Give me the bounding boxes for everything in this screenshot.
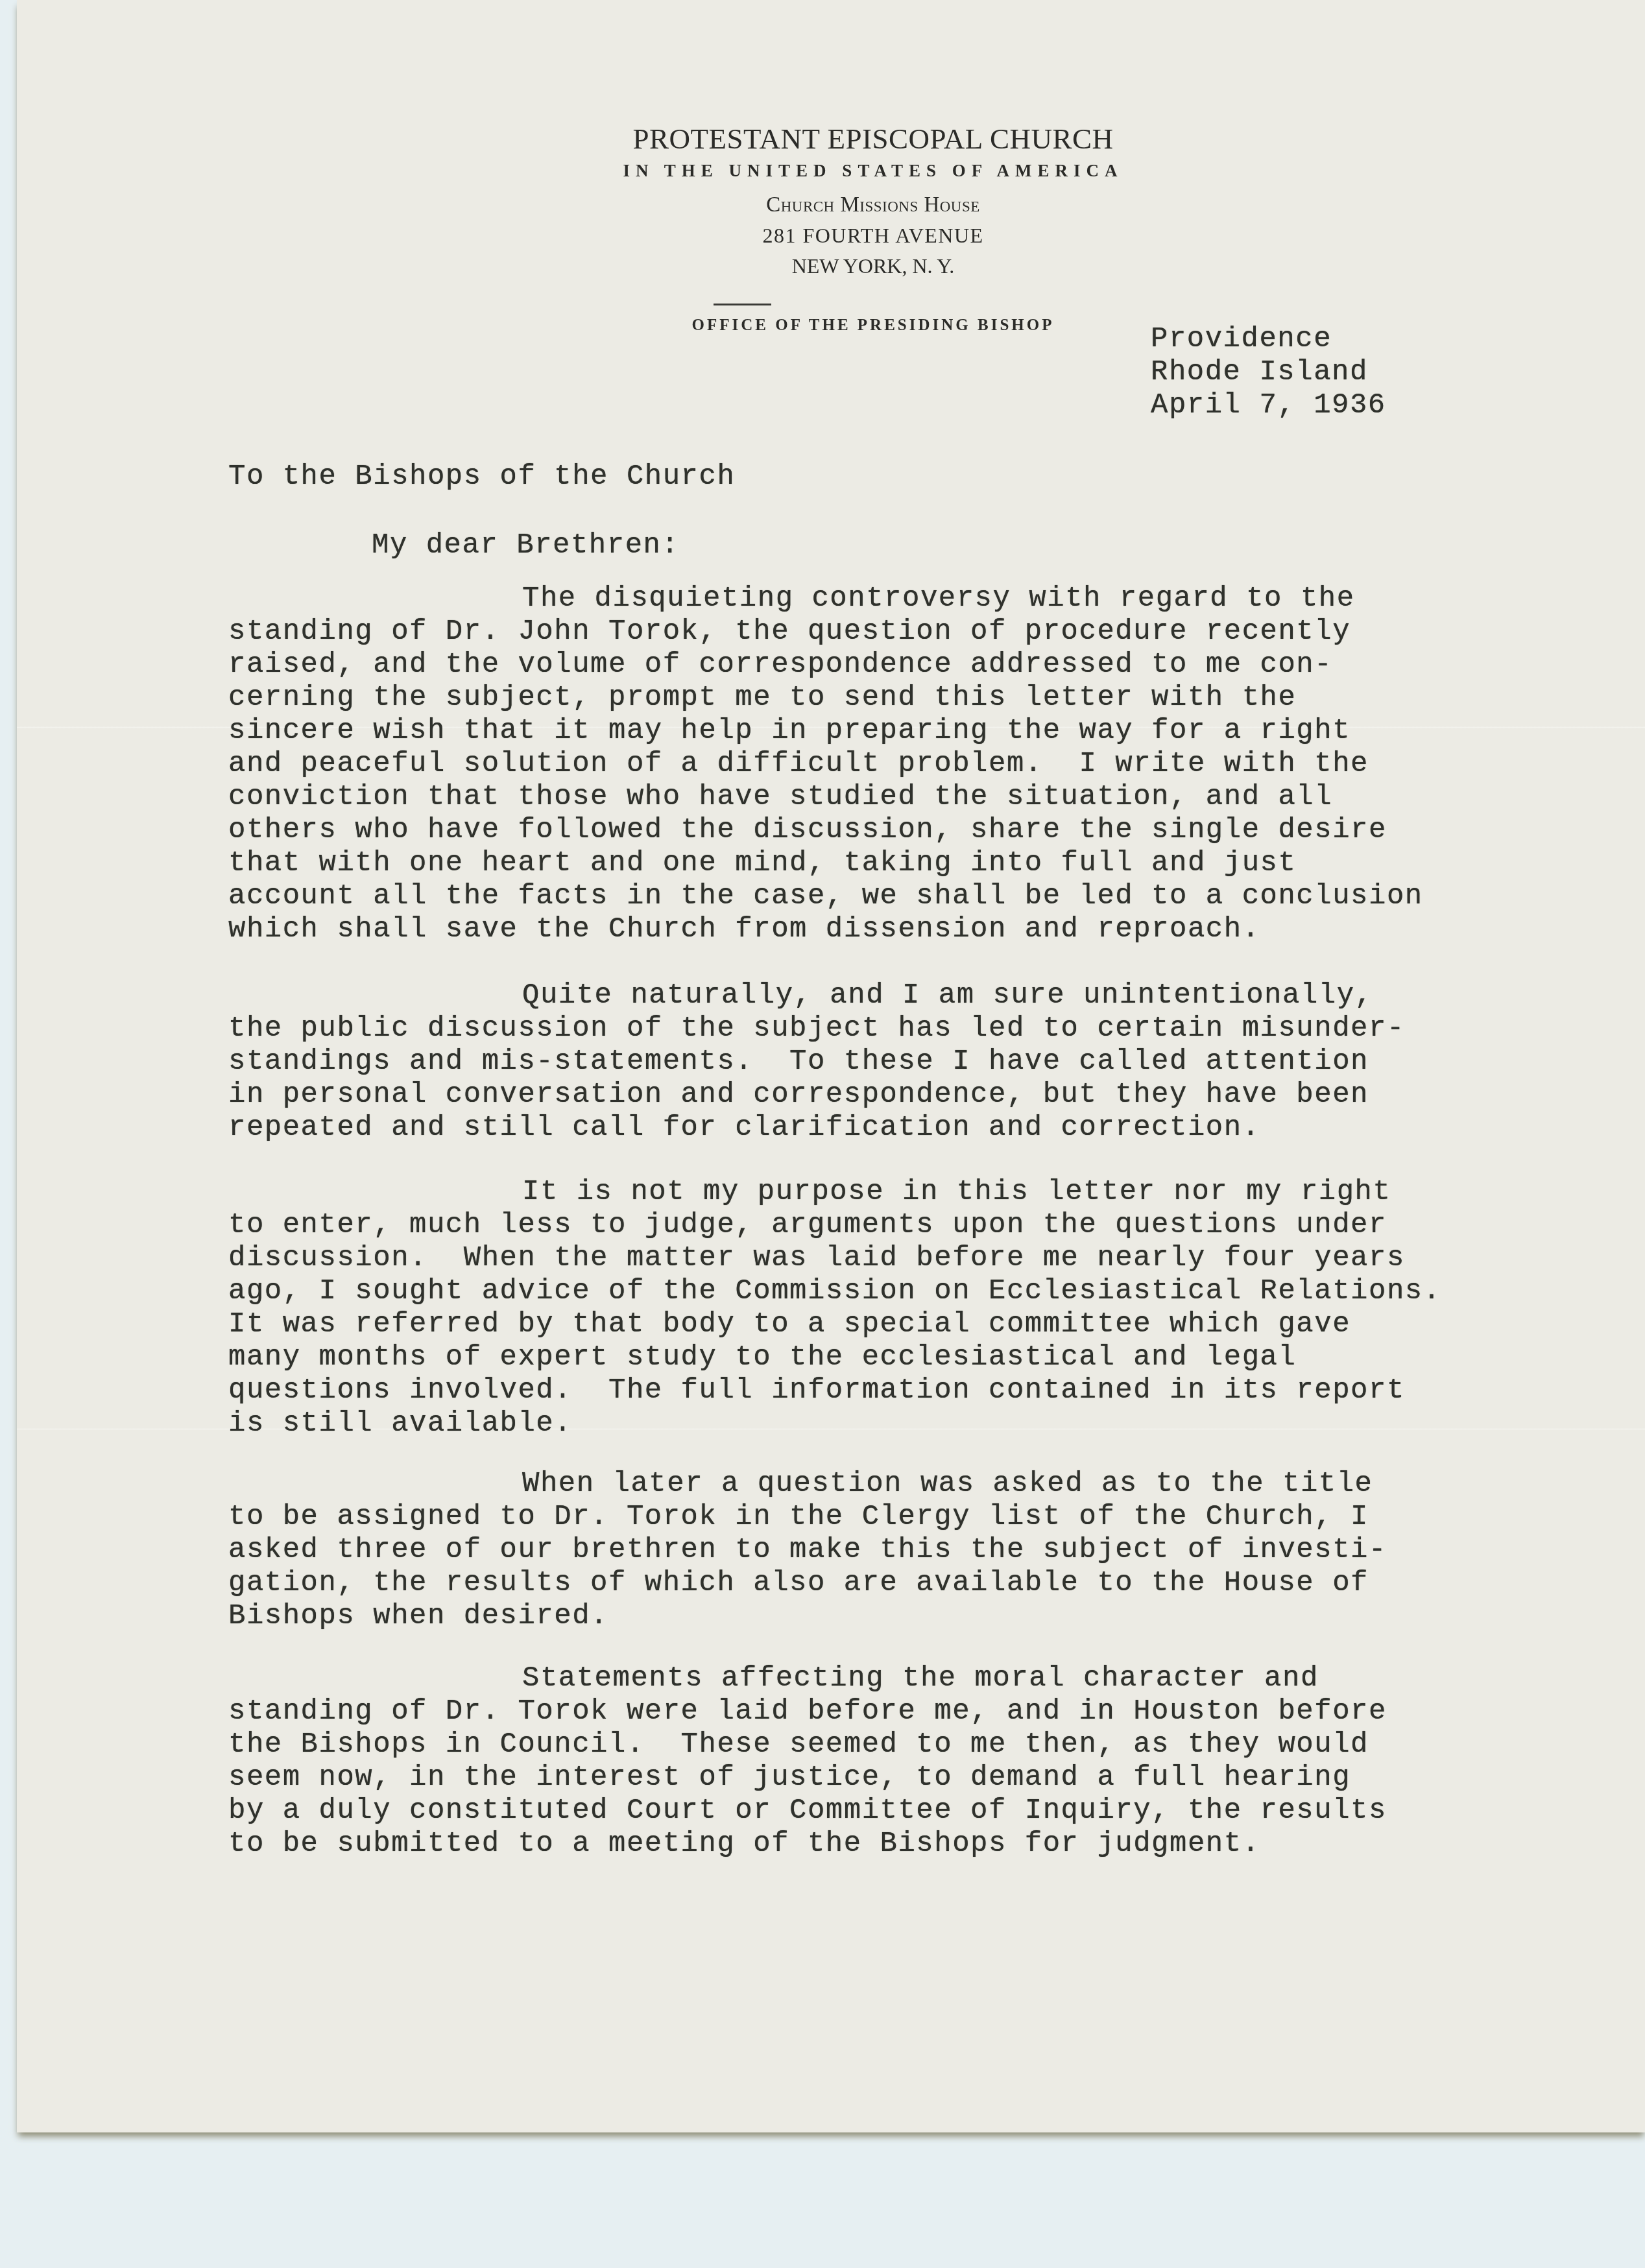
dateline-state: Rhode Island bbox=[1151, 356, 1386, 389]
paragraph-line: ago, I sought advice of the Commission o… bbox=[228, 1275, 1441, 1308]
paragraph-line: that with one heart and one mind, taking… bbox=[228, 847, 1423, 880]
paragraph-line: seem now, in the interest of justice, to… bbox=[228, 1761, 1387, 1795]
paragraph-line: cerning the subject, prompt me to send t… bbox=[228, 682, 1423, 715]
paragraph-line: the Bishops in Council. These seemed to … bbox=[228, 1728, 1387, 1761]
paragraph-line: standing of Dr. John Torok, the question… bbox=[228, 615, 1423, 649]
paragraph-line: repeated and still call for clarificatio… bbox=[228, 1112, 1405, 1145]
paragraph-line: account all the facts in the case, we sh… bbox=[228, 880, 1423, 913]
paragraph-line: When later a question was asked as to th… bbox=[522, 1468, 1373, 1500]
paragraph-line: questions involved. The full information… bbox=[228, 1374, 1441, 1407]
paragraph-line: standing of Dr. Torok were laid before m… bbox=[228, 1695, 1387, 1728]
paragraph-line: It was referred by that body to a specia… bbox=[228, 1308, 1441, 1341]
paragraph-line: sincere wish that it may help in prepari… bbox=[228, 715, 1423, 748]
body-paragraph-3: It is not my purpose in this letter nor … bbox=[228, 1176, 1441, 1440]
paragraph-line: Bishops when desired. bbox=[228, 1600, 1387, 1633]
letterhead-divider bbox=[714, 304, 771, 305]
paragraph-line: others who have followed the discussion,… bbox=[228, 814, 1423, 847]
letterhead-city: NEW YORK, N. Y. bbox=[101, 254, 1645, 278]
paragraph-line: to be assigned to Dr. Torok in the Clerg… bbox=[228, 1501, 1387, 1534]
greeting: My dear Brethren: bbox=[372, 529, 679, 562]
letterhead-country: IN THE UNITED STATES OF AMERICA bbox=[101, 161, 1645, 181]
paragraph-line: Statements affecting the moral character… bbox=[522, 1662, 1319, 1695]
paragraph-line: is still available. bbox=[228, 1407, 1441, 1440]
paragraph-line: conviction that those who have studied t… bbox=[228, 781, 1423, 814]
letter-page: PROTESTANT EPISCOPAL CHURCH IN THE UNITE… bbox=[17, 0, 1645, 2132]
body-paragraph-5: Statements affecting the moral character… bbox=[228, 1662, 1387, 1861]
paragraph-line: to enter, much less to judge, arguments … bbox=[228, 1209, 1441, 1242]
body-paragraph-2: Quite naturally, and I am sure unintenti… bbox=[228, 979, 1405, 1145]
paragraph-line: the public discussion of the subject has… bbox=[228, 1012, 1405, 1045]
paragraph-line: The disquieting controversy with regard … bbox=[522, 582, 1355, 615]
paragraph-line: asked three of our brethren to make this… bbox=[228, 1534, 1387, 1567]
letterhead-building: Church Missions House bbox=[101, 193, 1645, 217]
dateline-city: Providence bbox=[1151, 323, 1386, 356]
paragraph-line: many months of expert study to the eccle… bbox=[228, 1341, 1441, 1374]
paragraph-line: gation, the results of which also are av… bbox=[228, 1567, 1387, 1600]
dateline: ProvidenceRhode IslandApril 7, 1936 bbox=[1151, 323, 1386, 422]
dateline-date: April 7, 1936 bbox=[1151, 389, 1386, 422]
letterhead-street: 281 FOURTH AVENUE bbox=[101, 224, 1645, 248]
paragraph-line: Quite naturally, and I am sure unintenti… bbox=[522, 979, 1373, 1012]
paragraph-line: in personal conversation and corresponde… bbox=[228, 1079, 1405, 1112]
addressee: To the Bishops of the Church bbox=[228, 460, 735, 494]
body-paragraph-4: When later a question was asked as to th… bbox=[228, 1468, 1387, 1633]
paragraph-line: which shall save the Church from dissens… bbox=[228, 913, 1423, 946]
paragraph-line: raised, and the volume of correspondence… bbox=[228, 649, 1423, 682]
letterhead-organization: PROTESTANT EPISCOPAL CHURCH bbox=[101, 122, 1645, 156]
paragraph-line: standings and mis-statements. To these I… bbox=[228, 1045, 1405, 1079]
paragraph-line: It is not my purpose in this letter nor … bbox=[522, 1176, 1391, 1208]
letterhead-office: OFFICE OF THE PRESIDING BISHOP bbox=[101, 316, 1645, 335]
paragraph-line: discussion. When the matter was laid bef… bbox=[228, 1242, 1441, 1275]
body-paragraph-1: The disquieting controversy with regard … bbox=[228, 582, 1423, 946]
paragraph-line: and peaceful solution of a difficult pro… bbox=[228, 748, 1423, 781]
paragraph-line: to be submitted to a meeting of the Bish… bbox=[228, 1828, 1387, 1861]
paragraph-line: by a duly constituted Court or Committee… bbox=[228, 1795, 1387, 1828]
